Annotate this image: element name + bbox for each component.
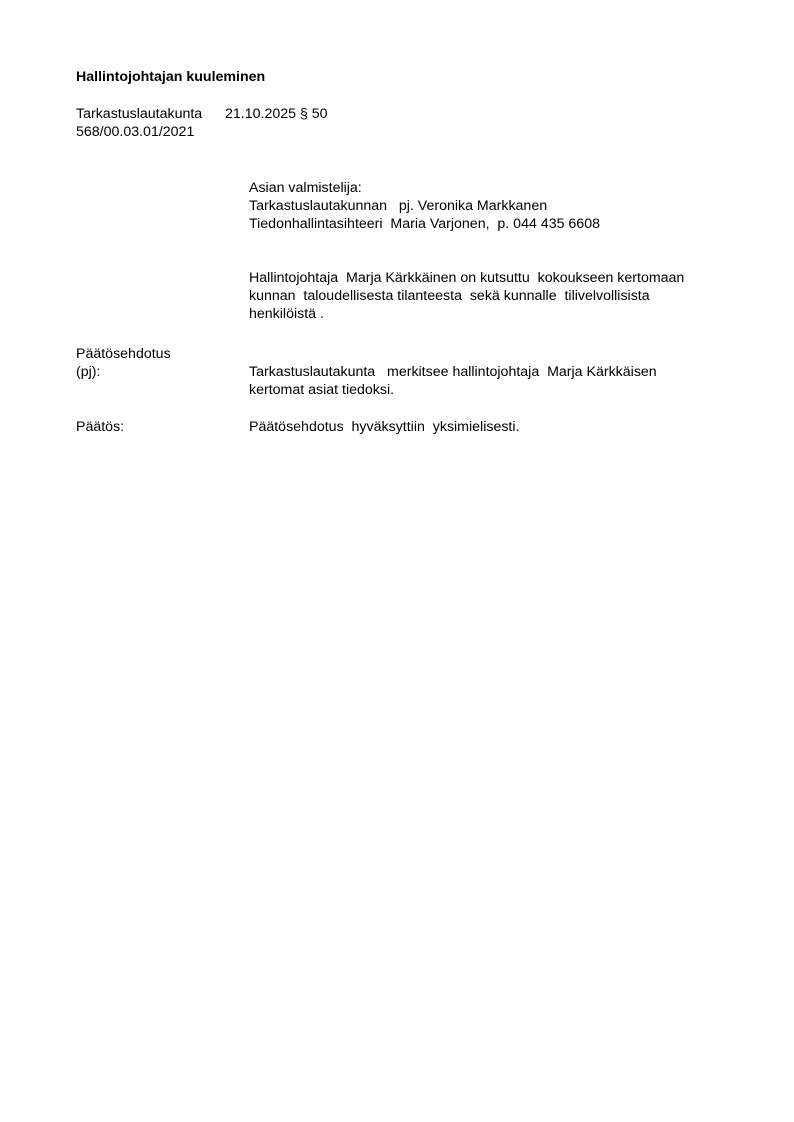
description-line: Hallintojohtaja Marja Kärkkäinen on kuts…	[249, 270, 684, 287]
preparer-line: Tiedonhallintasihteeri Maria Varjonen, p…	[249, 216, 600, 233]
description-line: henkilöistä .	[249, 306, 324, 323]
meeting-body: Tarkastuslautakunta	[76, 106, 202, 123]
decision-label: Päätös:	[76, 419, 124, 436]
proposal-label-suffix: (pj):	[76, 364, 100, 381]
proposal-label: Päätösehdotus	[76, 346, 171, 363]
document-title: Hallintojohtajan kuuleminen	[76, 69, 265, 86]
preparer-label: Asian valmistelija:	[249, 180, 362, 197]
proposal-line: kertomat asiat tiedoksi.	[249, 382, 394, 399]
decision-text: Päätösehdotus hyväksyttiin yksimielisest…	[249, 419, 519, 436]
meeting-date-section: 21.10.2025 § 50	[225, 106, 328, 123]
description-line: kunnan taloudellisesta tilanteesta sekä …	[249, 288, 650, 305]
proposal-line: Tarkastuslautakunta merkitsee hallintojo…	[249, 364, 657, 381]
case-number: 568/00.03.01/2021	[76, 124, 194, 141]
preparer-line: Tarkastuslautakunnan pj. Veronika Markka…	[249, 198, 547, 215]
